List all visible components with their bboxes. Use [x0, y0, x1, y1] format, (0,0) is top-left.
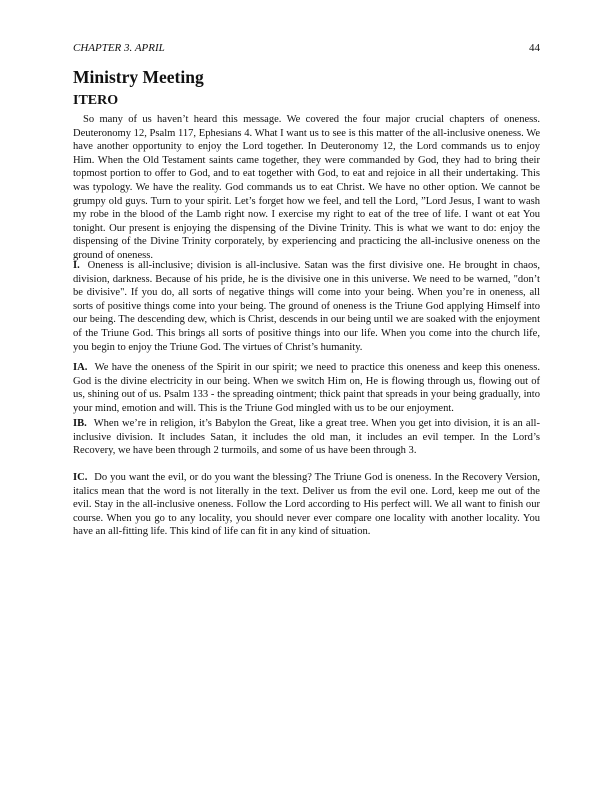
paragraph-text: So many of us haven’t heard this message…	[73, 114, 540, 261]
point-paragraph-I: I. Oneness is all-inclusive; division is…	[73, 259, 540, 354]
point-label: I.	[73, 260, 80, 271]
point-paragraph-IB: IB. When we’re in religion, it’s Babylon…	[73, 417, 540, 458]
running-header: CHAPTER 3. APRIL 44	[73, 42, 540, 54]
paragraph-text: Oneness is all-inclusive; division is al…	[73, 260, 540, 353]
point-label: IB.	[73, 418, 87, 429]
point-paragraph-IC: IC. Do you want the evil, or do you want…	[73, 471, 540, 539]
point-label: IC.	[73, 472, 87, 483]
page-number: 44	[529, 42, 540, 54]
paragraph-text: We have the oneness of the Spirit in our…	[73, 362, 540, 414]
point-paragraph-IA: IA. We have the oneness of the Spirit in…	[73, 361, 540, 415]
chapter-label: CHAPTER 3. APRIL	[73, 42, 165, 54]
intro-paragraph: So many of us haven’t heard this message…	[73, 113, 540, 263]
paragraph-text: When we’re in religion, it’s Babylon the…	[73, 418, 540, 456]
point-label: IA.	[73, 362, 87, 373]
subsection-title: ITERO	[73, 93, 118, 109]
paragraph-text: Do you want the evil, or do you want the…	[73, 472, 540, 537]
section-title: Ministry Meeting	[73, 67, 204, 88]
